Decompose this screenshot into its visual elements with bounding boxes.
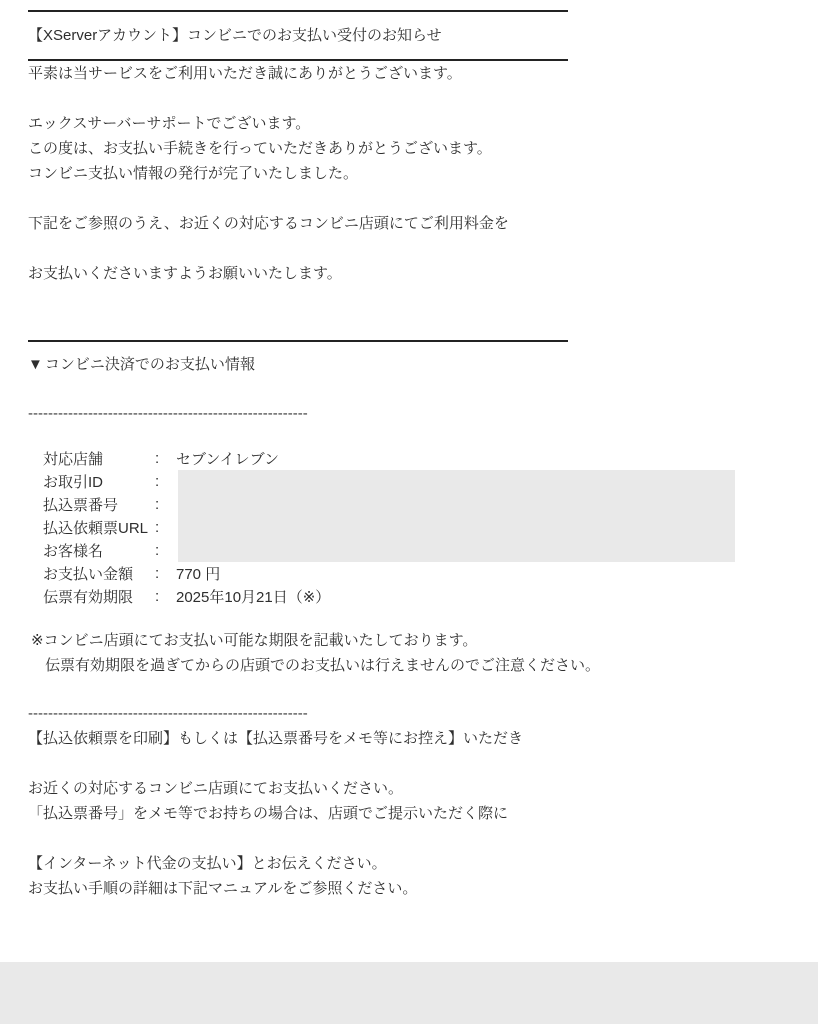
detail-colon: : <box>155 473 176 490</box>
detail-value: セブンイレブン <box>176 448 279 469</box>
detail-label: お客様名 <box>43 540 155 561</box>
intro-line-2: 下記をご参照のうえ、お近くの対応するコンビニ店頭にてご利用料金を <box>28 215 509 232</box>
detail-colon: : <box>155 496 176 513</box>
detail-colon: : <box>155 450 176 467</box>
detail-colon: : <box>155 519 176 536</box>
instruction2-line-1: 「払込票番号」をメモ等でお持ちの場合は、店頭でご提示いただく際に <box>28 805 508 822</box>
detail-label: 払込依頼票URL <box>43 517 155 538</box>
greeting-paragraph: 平素は当サービスをご利用いただき誠にありがとうございます。 エックスサーバーサポ… <box>28 61 818 136</box>
detail-value: 2025年10月21日（※） <box>176 586 330 607</box>
detail-row-expiry: 伝票有効期限 : 2025年10月21日（※） <box>28 585 818 608</box>
detail-colon: : <box>155 542 176 559</box>
top-rule <box>28 10 568 12</box>
instruction1-line-2: お近くの対応するコンビニ店頭にてお支払いください。 <box>28 780 403 797</box>
section-rule <box>28 340 568 342</box>
expiry-note: ※コンビニ店頭にてお支払い可能な期限を記載いたしております。 伝票有効期限を過ぎ… <box>28 628 818 678</box>
intro-paragraph: コンビニ支払い情報の発行が完了いたしました。 下記をご参照のうえ、お近くの対応す… <box>28 161 818 286</box>
instruction-paragraph-2: 「払込票番号」をメモ等でお持ちの場合は、店頭でご提示いただく際に 【インターネッ… <box>28 801 818 876</box>
instruction2-line-2: 【インターネット代金の支払い】とお伝えください。 <box>28 855 387 872</box>
down-triangle-icon: ▼ <box>28 356 43 373</box>
intro-line-1: コンビニ支払い情報の発行が完了いたしました。 <box>28 165 358 182</box>
section-title: コンビニ決済でのお支払い情報 <box>45 356 255 373</box>
greeting-line-1: 平素は当サービスをご利用いただき誠にありがとうございます。 <box>28 65 462 82</box>
email-body: 【XServerアカウント】コンビニでのお支払い受付のお知らせ 平素は当サービス… <box>0 0 818 901</box>
detail-colon: : <box>155 565 176 582</box>
detail-row-transaction-id: お取引ID : <box>28 470 818 493</box>
payment-details: 対応店舗 : セブンイレブン お取引ID : 払込票番号 : 払込依頼票URL … <box>28 447 818 608</box>
detail-colon: : <box>155 588 176 605</box>
detail-label: 伝票有効期限 <box>43 586 155 607</box>
detail-label: 対応店舗 <box>43 448 155 469</box>
manual-reference-line: お支払い手順の詳細は下記マニュアルをご参照ください。 <box>28 876 818 901</box>
email-subject: 【XServerアカウント】コンビニでのお支払い受付のお知らせ <box>28 23 818 48</box>
detail-label: お取引ID <box>43 471 155 492</box>
footer-band <box>0 962 818 1024</box>
expiry-note-line-2: 伝票有効期限を過ぎてからの店頭でのお支払いは行えませんのでご注意ください。 <box>28 653 818 678</box>
detail-row-amount: お支払い金額 : 770 円 <box>28 562 818 585</box>
detail-row-slip-number: 払込票番号 : <box>28 493 818 516</box>
instruction-paragraph-1: 【払込依頼票を印刷】もしくは【払込票番号をメモ等にお控え】いただき お近くの対応… <box>28 726 818 801</box>
expiry-note-line-1: ※コンビニ店頭にてお支払い可能な期限を記載いたしております。 <box>28 628 818 653</box>
dashed-divider-bottom: ----------------------------------------… <box>28 701 818 726</box>
thanks-paragraph: この度は、お支払い手続きを行っていただきありがとうございます。 <box>28 136 818 161</box>
detail-row-slip-url: 払込依頼票URL : <box>28 516 818 539</box>
dashed-divider-top: ----------------------------------------… <box>28 401 818 426</box>
detail-row-customer-name: お客様名 : <box>28 539 818 562</box>
section-header: ▼コンビニ決済でのお支払い情報 <box>28 352 818 377</box>
detail-row-store: 対応店舗 : セブンイレブン <box>28 447 818 470</box>
intro-line-3: お支払いくださいますようお願いいたします。 <box>28 265 342 282</box>
detail-label: 払込票番号 <box>43 494 155 515</box>
detail-value: 770 円 <box>176 563 220 584</box>
detail-label: お支払い金額 <box>43 563 155 584</box>
greeting-line-2: エックスサーバーサポートでございます。 <box>28 115 310 132</box>
instruction1-line-1: 【払込依頼票を印刷】もしくは【払込票番号をメモ等にお控え】いただき <box>28 730 523 747</box>
